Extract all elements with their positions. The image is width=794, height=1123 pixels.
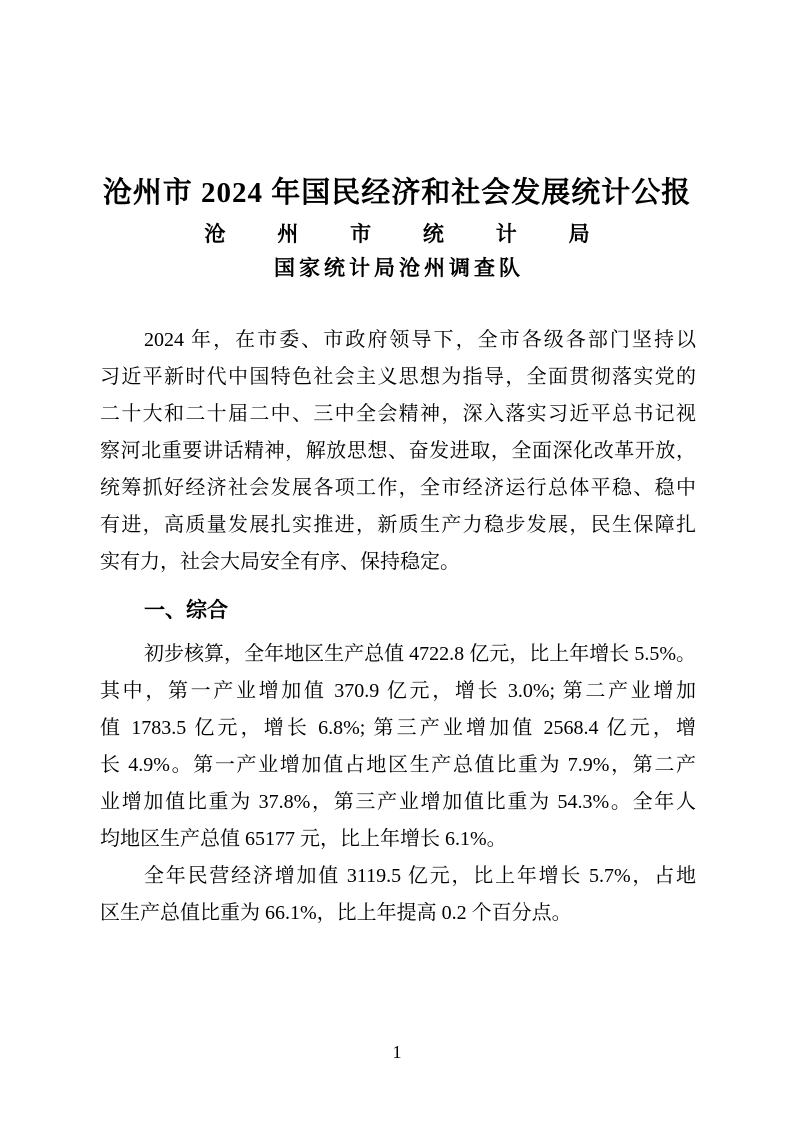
- paragraph-line: 全年民营经济增加值 3119.5 亿元，比上年增长 5.7%，占地: [100, 858, 696, 895]
- paragraph-line: 初步核算，全年地区生产总值 4722.8 亿元，比上年增长 5.5%。: [100, 636, 696, 673]
- document-page: 沧州市 2024 年国民经济和社会发展统计公报 沧 州 市 统 计 局 国家统计…: [0, 0, 794, 1123]
- paragraph-line: 习近平新时代中国特色社会主义思想为指导，全面贯彻落实党的: [100, 359, 696, 396]
- paragraph-intro: 2024 年，在市委、市政府领导下，全市各级各部门坚持以 习近平新时代中国特色社…: [100, 322, 696, 581]
- document-title: 沧州市 2024 年国民经济和社会发展统计公报: [0, 0, 794, 212]
- paragraph-line: 区生产总值比重为 66.1%，比上年提高 0.2 个百分点。: [100, 895, 696, 932]
- paragraph-line: 2024 年，在市委、市政府领导下，全市各级各部门坚持以: [100, 322, 696, 359]
- paragraph-line: 统筹抓好经济社会发展各项工作，全市经济运行总体平稳、稳中: [100, 470, 696, 507]
- issuer-line-survey-team: 国家统计局沧州调查队: [0, 254, 794, 284]
- paragraph-line: 均地区生产总值 65177 元，比上年增长 6.1%。: [100, 821, 696, 858]
- issuer-line-statistics-bureau: 沧 州 市 统 计 局: [0, 220, 794, 250]
- paragraph-private-economy: 全年民营经济增加值 3119.5 亿元，比上年增长 5.7%，占地 区生产总值比…: [100, 858, 696, 932]
- paragraph-line: 值 1783.5 亿元，增长 6.8%; 第三产业增加值 2568.4 亿元，增: [100, 710, 696, 747]
- paragraph-gdp: 初步核算，全年地区生产总值 4722.8 亿元，比上年增长 5.5%。 其中，第…: [100, 636, 696, 858]
- section-heading-overview: 一、综合: [100, 592, 696, 629]
- paragraph-line: 二十大和二十届二中、三中全会精神，深入落实习近平总书记视: [100, 396, 696, 433]
- paragraph-line: 业增加值比重为 37.8%，第三产业增加值比重为 54.3%。全年人: [100, 784, 696, 821]
- paragraph-line: 有进，高质量发展扎实推进，新质生产力稳步发展，民生保障扎: [100, 507, 696, 544]
- page-number: 1: [0, 1040, 794, 1064]
- document-body: 2024 年，在市委、市政府领导下，全市各级各部门坚持以 习近平新时代中国特色社…: [100, 322, 696, 932]
- paragraph-line: 察河北重要讲话精神，解放思想、奋发进取，全面深化改革开放，: [100, 433, 696, 470]
- paragraph-line: 实有力，社会大局安全有序、保持稳定。: [100, 544, 696, 581]
- paragraph-line: 其中，第一产业增加值 370.9 亿元，增长 3.0%; 第二产业增加: [100, 673, 696, 710]
- paragraph-line: 长 4.9%。第一产业增加值占地区生产总值比重为 7.9%，第二产: [100, 747, 696, 784]
